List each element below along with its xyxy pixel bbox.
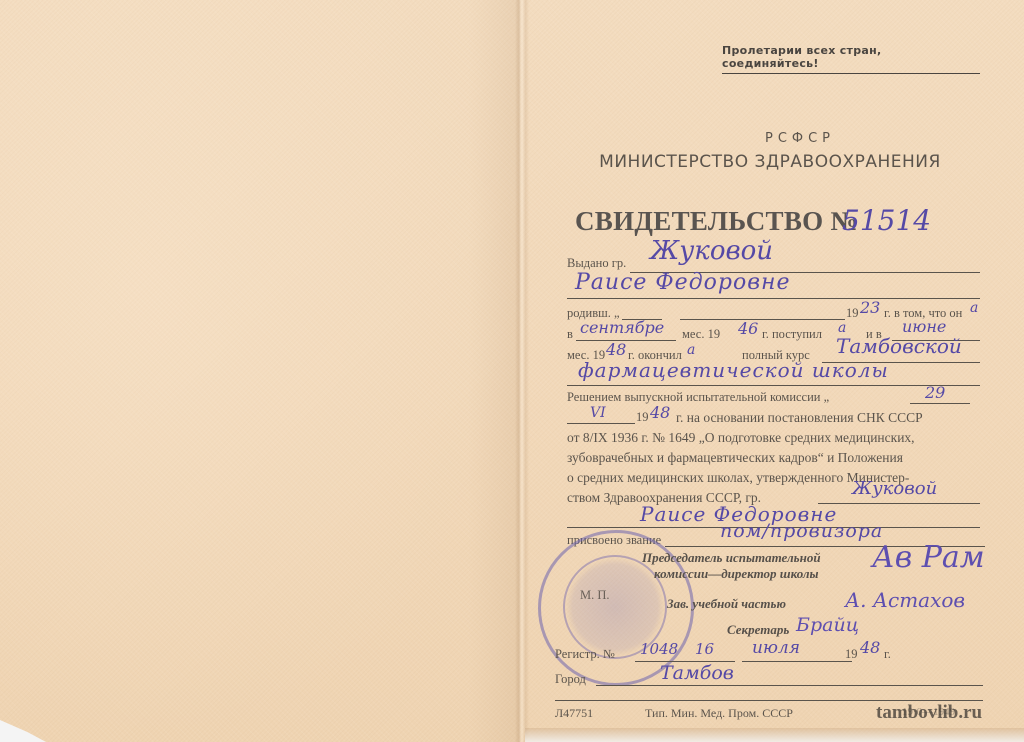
line-city — [596, 685, 983, 686]
form-code: Л47751 — [555, 706, 593, 721]
born-year-handwritten: 23 — [860, 298, 880, 317]
in-label: в — [567, 327, 573, 342]
rank-handwritten: пом/провизора — [720, 520, 883, 542]
register-label: Регистр. № — [555, 647, 615, 662]
decision-year-handwritten: 48 — [650, 403, 670, 422]
graduated-ending: а — [687, 342, 695, 358]
chairman-label-1: Председатель испытательной — [642, 550, 821, 566]
republic-label: РСФСР — [700, 131, 900, 146]
city-handwritten: Тамбов — [660, 662, 734, 684]
school-line2-handwritten: фармацевтической школы — [578, 358, 889, 382]
school-line1-handwritten: Тамбовской — [836, 334, 962, 358]
register-year-tail: г. — [884, 647, 891, 662]
study-head-signature: А. Астахов — [845, 588, 965, 612]
register-year-prefix: 19 — [845, 647, 858, 662]
line-decision-month — [567, 423, 635, 424]
decision-label: Решением выпускной испытательной комисси… — [567, 390, 829, 405]
line-bottom-rule — [555, 700, 983, 701]
secretary-label: Секретарь — [727, 622, 789, 638]
register-day-handwritten: 16 — [695, 640, 714, 658]
register-month-handwritten: июля — [752, 638, 800, 658]
entry-year-handwritten: 46 — [738, 319, 758, 338]
printer-imprint: Тип. Мин. Мед. Пром. СССР — [645, 706, 793, 721]
given-names-handwritten: Раисе Федоровне — [575, 270, 791, 295]
surname-handwritten: Жуковой — [650, 236, 773, 266]
left-page-blank — [0, 0, 520, 742]
surname2-handwritten: Жуковой — [852, 478, 937, 499]
chairman-signature: Ав Рам — [872, 540, 985, 575]
secretary-signature: Брайц — [796, 614, 859, 636]
entry-month-handwritten: сентябре — [580, 318, 664, 337]
line-school-2 — [567, 385, 980, 386]
embossed-ghost-text — [80, 268, 300, 308]
line-given-names — [567, 298, 980, 299]
line-born-month — [680, 319, 845, 320]
gender-ending-1: а — [970, 300, 978, 316]
chairman-label-2: комиссии—директор школы — [654, 566, 819, 582]
seal-label: М. П. — [580, 588, 610, 603]
certificate-scan: Пролетарии всех стран, соединяйтесь! РСФ… — [0, 0, 1024, 742]
issued-to-label: Выдано гр. — [567, 256, 626, 271]
register-number-handwritten: 1048 — [640, 640, 678, 658]
born-year-prefix: 19 — [846, 306, 859, 321]
legal-line-2: зубоврачебных и фармацевтических кадров“… — [567, 450, 903, 466]
decision-day-handwritten: 29 — [925, 383, 945, 402]
register-year-handwritten: 48 — [860, 638, 880, 657]
certificate-title: СВИДЕТЕЛЬСТВО № — [575, 206, 858, 237]
decision-tail: г. на основании постановления СНК СССР — [676, 410, 923, 426]
entered-label: г. поступил — [762, 327, 822, 342]
decision-year-prefix: 19 — [636, 410, 649, 425]
ministry-label: МИНИСТЕРСТВО ЗДРАВООХРАНЕНИЯ — [560, 152, 980, 172]
decision-month-handwritten: VI — [590, 405, 606, 421]
entry-year-prefix: мес. 19 — [682, 327, 720, 342]
legal-line-1: от 8/IX 1936 г. № 1649 „О подготовке сре… — [567, 430, 915, 446]
worn-bottom-edge — [525, 728, 1024, 742]
certificate-number: 51514 — [842, 204, 931, 237]
line-register-month — [742, 661, 852, 662]
line-decision-day — [910, 403, 970, 404]
line-surname-2 — [818, 503, 980, 504]
study-head-label: Зав. учебной частью — [667, 596, 786, 612]
site-watermark: tambovlib.ru — [876, 702, 982, 724]
city-label: Город — [555, 672, 586, 687]
grad-year-handwritten: 48 — [606, 340, 626, 359]
title-text: СВИДЕТЕЛЬСТВО № — [575, 206, 858, 236]
torn-corner — [0, 720, 46, 742]
motto: Пролетарии всех стран, соединяйтесь! — [722, 44, 980, 74]
